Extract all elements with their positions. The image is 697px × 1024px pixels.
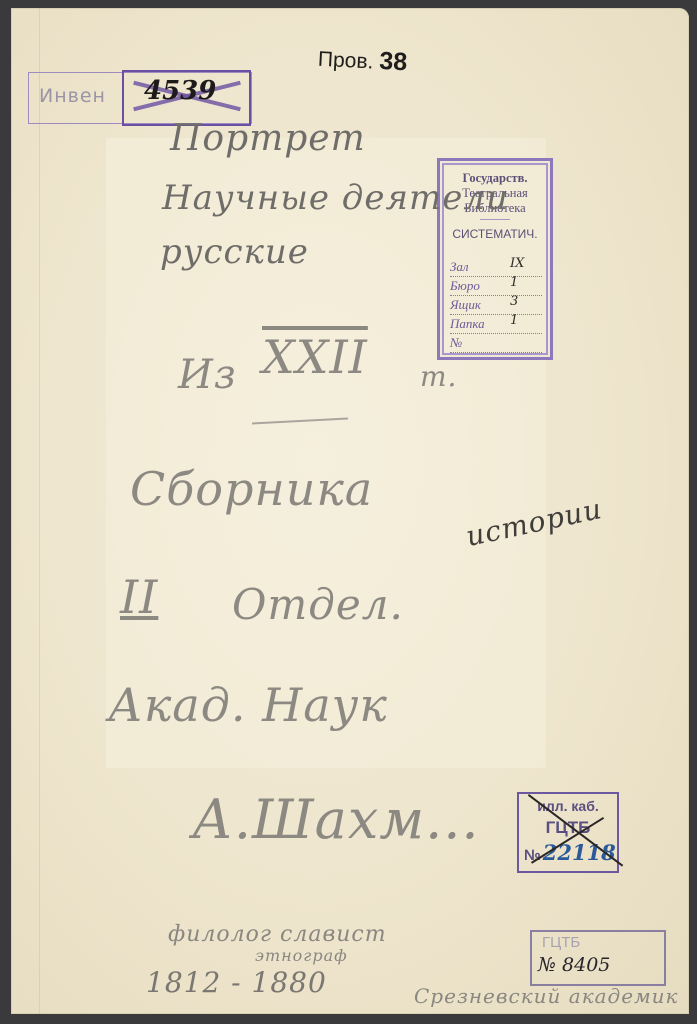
handwriting-academy: Акад. Наук <box>108 678 388 732</box>
field-buro: Бюро1 <box>450 278 542 296</box>
handwriting-section: Отдел. <box>232 580 404 629</box>
handwriting-section-roman: II <box>120 570 158 624</box>
handwriting-philologist: филолог славист <box>168 922 387 947</box>
handwriting-portrait: Портрет <box>170 118 366 159</box>
handwriting-name: Срезневский академик <box>414 984 678 1008</box>
provenance-number: 38 <box>379 47 408 76</box>
edge-crease <box>39 8 40 1014</box>
illustration-cabinet-stamp: илл. каб. ГЦТБ №22118 <box>517 792 619 873</box>
divider <box>480 219 510 220</box>
field-number: № <box>450 335 542 353</box>
handwriting-years: 1812 - 1880 <box>146 966 327 999</box>
gctb-stamp: ГЦТБ № 8405 <box>530 930 666 986</box>
field-papka: Папка1 <box>450 316 542 334</box>
handwriting-from: Из <box>178 352 237 398</box>
handwriting-signature: А.Шахм... <box>192 788 480 851</box>
handwriting-volume-roman: XXII <box>262 330 368 384</box>
gctb-title: ГЦТБ <box>542 934 580 951</box>
gctb-number: № 8405 <box>538 954 610 976</box>
handwriting-volume-abbr: т. <box>420 360 457 393</box>
inventory-number: 4539 <box>144 76 216 106</box>
inventory-label: Инвен <box>39 85 106 107</box>
handwriting-ethnographer: этнограф <box>255 946 348 965</box>
library-line-4: СИСТЕМАТИЧ. <box>440 227 550 242</box>
field-yashchik: Ящик3 <box>450 297 542 315</box>
ill-line-1: илл. каб. <box>519 798 617 814</box>
provenance-label: Пров. <box>317 48 374 74</box>
provenance-stamp: Пров.38 <box>317 44 408 78</box>
ill-line-2: ГЦТБ <box>519 818 617 838</box>
handwriting-scientists: Научные деятели <box>162 178 509 218</box>
handwriting-russian: русские <box>160 232 309 272</box>
field-zal: ЗалIX <box>450 259 542 277</box>
ill-number: №22118 <box>524 840 616 865</box>
handwriting-collection: Сборника <box>130 462 373 516</box>
